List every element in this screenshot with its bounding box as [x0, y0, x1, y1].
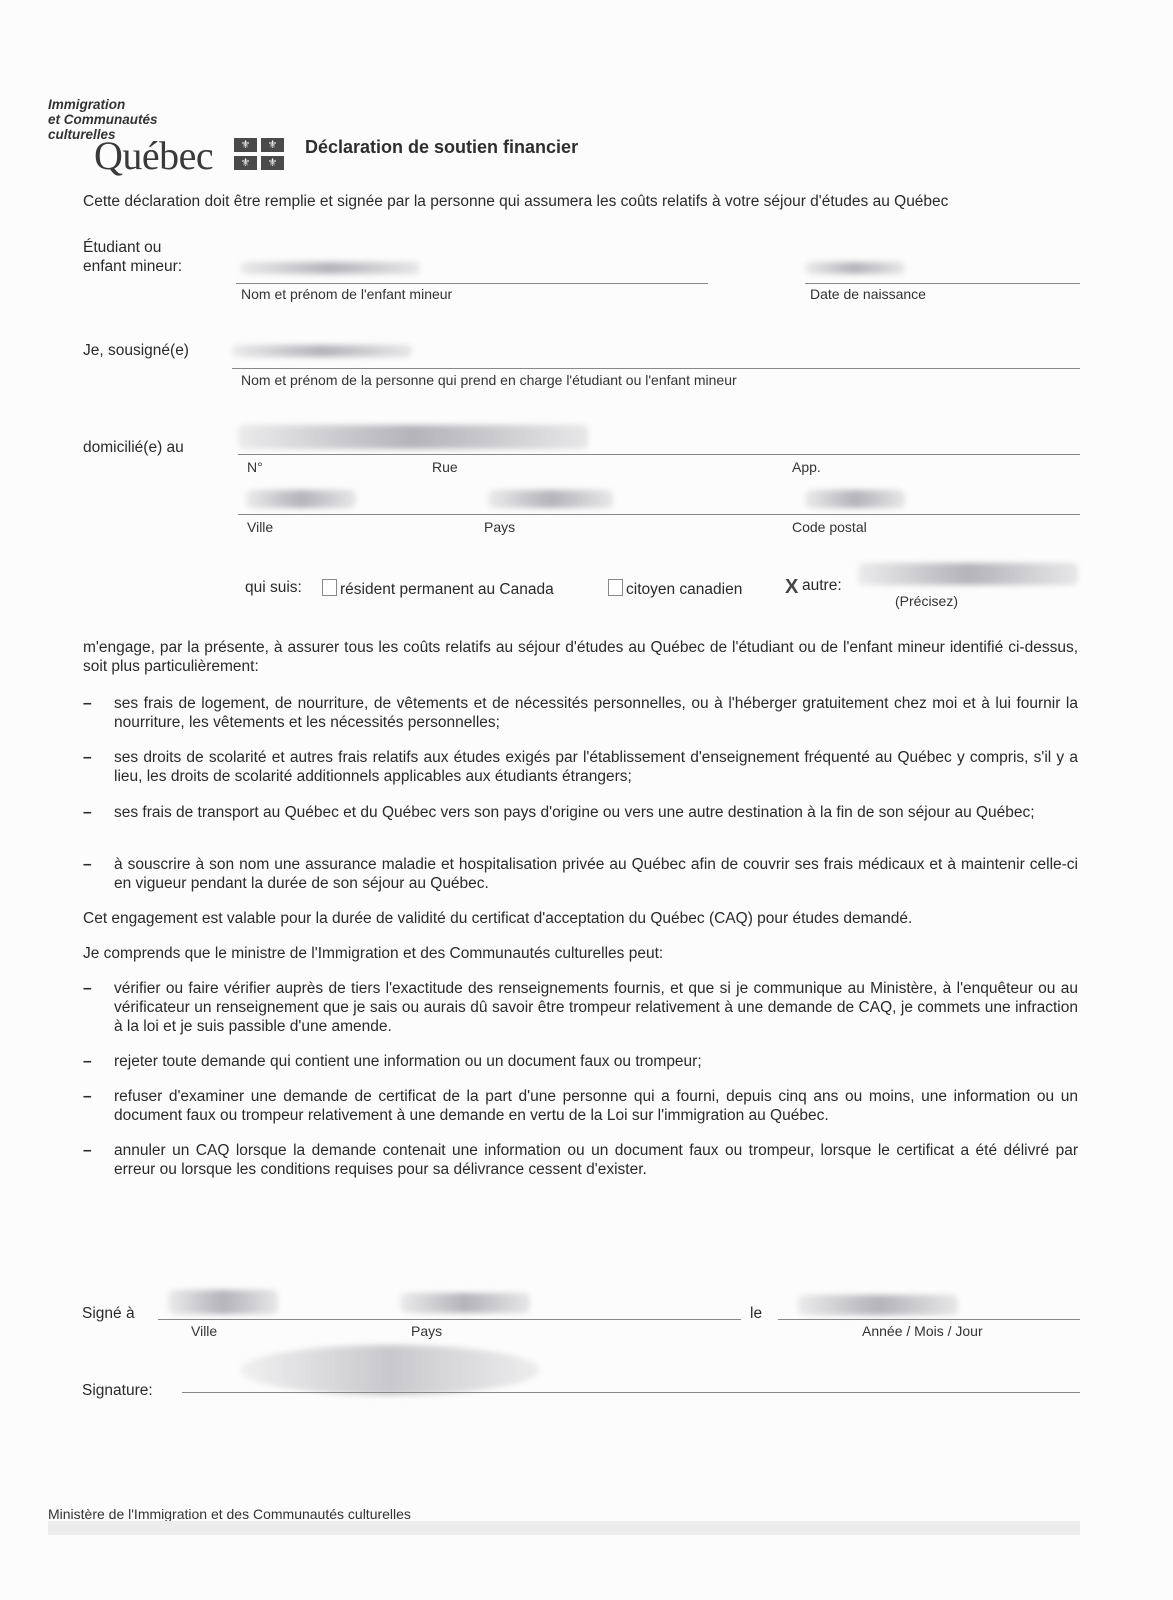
student-name-line [236, 283, 708, 284]
student-label: Étudiant ou enfant mineur: [83, 238, 182, 276]
date-label: le [750, 1305, 762, 1323]
intro-text: Cette déclaration doit être remplie et s… [83, 193, 948, 211]
dash-bullet: – [83, 803, 92, 822]
fleur-de-lis-icon: ⚜ [261, 156, 284, 170]
address-country-caption: Pays [484, 519, 515, 535]
checkbox-other-checked[interactable]: X [785, 578, 799, 596]
dash-bullet: – [83, 694, 92, 713]
checkbox-permanent-resident[interactable] [322, 579, 337, 596]
signed-date-field[interactable] [798, 1295, 958, 1315]
status-option-other[interactable]: Xautre: [785, 577, 842, 596]
address-street-field[interactable] [238, 425, 588, 449]
minister-item-text: refuser d'examiner une demande de certif… [114, 1087, 1078, 1125]
student-label-line1: Étudiant ou [83, 238, 182, 257]
signed-date-line [778, 1319, 1080, 1320]
student-label-line2: enfant mineur: [83, 257, 182, 276]
dash-bullet: – [83, 1141, 92, 1160]
dash-bullet: – [83, 1052, 92, 1071]
minister-item: – vérifier ou faire vérifier auprès de t… [83, 979, 1078, 1036]
address-street-caption: Rue [432, 459, 458, 475]
minister-item: – annuler un CAQ lorsque la demande cont… [83, 1141, 1078, 1179]
status-option-permanent-resident[interactable]: résident permanent au Canada [322, 579, 554, 599]
engagement-item: – ses frais de logement, de nourriture, … [83, 694, 1078, 732]
dash-bullet: – [83, 979, 92, 998]
sponsor-label: Je, sousigné(e) [83, 342, 189, 360]
minister-intro: Je comprends que le ministre de l'Immigr… [83, 944, 1078, 963]
sponsor-name-caption: Nom et prénom de la personne qui prend e… [241, 372, 737, 388]
signed-at-line [158, 1319, 741, 1320]
signed-at-label: Signé à [82, 1305, 135, 1323]
signature-field[interactable] [240, 1345, 540, 1395]
address-postal-field[interactable] [805, 490, 905, 508]
address-apt-caption: App. [792, 459, 821, 475]
sponsor-name-field[interactable] [232, 345, 412, 357]
sponsor-name-line [232, 368, 1080, 369]
dash-bullet: – [83, 748, 92, 767]
other-status-field[interactable] [858, 563, 1078, 585]
signed-country-caption: Pays [411, 1323, 442, 1339]
student-name-field[interactable] [240, 262, 420, 274]
signed-city-caption: Ville [191, 1323, 217, 1339]
engagement-item-text: à souscrire à son nom une assurance mala… [114, 855, 1078, 893]
fleur-de-lis-icon: ⚜ [234, 138, 257, 152]
engagement-item-text: ses frais de logement, de nourriture, de… [114, 694, 1078, 732]
date-of-birth-caption: Date de naissance [810, 286, 926, 302]
dash-bullet: – [83, 1087, 92, 1106]
minister-item-text: annuler un CAQ lorsque la demande conten… [114, 1141, 1078, 1179]
ministry-line-1: Immigration [48, 97, 158, 112]
other-label: autre: [802, 577, 842, 594]
quebec-flag-icon: ⚜ ⚜ ⚜ ⚜ [234, 138, 284, 170]
minister-item-text: vérifier ou faire vérifier auprès de tie… [114, 979, 1078, 1036]
ministry-line-2: et Communautés [48, 112, 158, 127]
quebec-wordmark: Québec [94, 136, 213, 176]
engagement-item: – ses frais de transport au Québec et du… [83, 803, 1078, 822]
status-option-citizen[interactable]: citoyen canadien [608, 579, 742, 599]
signed-city-field[interactable] [168, 1290, 278, 1314]
engagement-item: – ses droits de scolarité et autres frai… [83, 748, 1078, 786]
footer-band [48, 1521, 1080, 1535]
minister-item: – refuser d'examiner une demande de cert… [83, 1087, 1078, 1125]
minister-item: – rejeter toute demande qui contient une… [83, 1052, 1078, 1071]
address-city-field[interactable] [246, 490, 356, 508]
citizen-label: citoyen canadien [626, 581, 742, 598]
signed-country-field[interactable] [400, 1293, 530, 1313]
fleur-de-lis-icon: ⚜ [234, 156, 257, 170]
dash-bullet: – [83, 855, 92, 874]
signed-date-caption: Année / Mois / Jour [862, 1323, 983, 1339]
specify-caption: (Précisez) [895, 593, 958, 609]
status-label: qui suis: [245, 579, 302, 597]
address-city-line [238, 514, 1080, 515]
address-country-field[interactable] [488, 490, 613, 508]
address-label: domicilié(e) au [83, 439, 184, 457]
signature-line [182, 1392, 1080, 1393]
date-of-birth-field[interactable] [805, 262, 905, 274]
fleur-de-lis-icon: ⚜ [261, 138, 284, 152]
address-postal-caption: Code postal [792, 519, 867, 535]
validity-text: Cet engagement est valable pour la durée… [83, 909, 1078, 928]
checkbox-citizen[interactable] [608, 579, 623, 596]
student-name-caption: Nom et prénom de l'enfant mineur [241, 286, 452, 302]
address-city-caption: Ville [247, 519, 273, 535]
document-title: Déclaration de soutien financier [305, 137, 578, 158]
address-number-caption: N° [247, 459, 263, 475]
engagement-item-text: ses droits de scolarité et autres frais … [114, 748, 1078, 786]
date-of-birth-line [805, 283, 1080, 284]
minister-item-text: rejeter toute demande qui contient une i… [114, 1052, 1078, 1071]
footer-ministry: Ministère de l'Immigration et des Commun… [48, 1506, 411, 1522]
engagement-intro: m'engage, par la présente, à assurer tou… [83, 638, 1078, 676]
address-street-line [238, 454, 1080, 455]
signature-label: Signature: [82, 1382, 153, 1400]
engagement-item: – à souscrire à son nom une assurance ma… [83, 855, 1078, 893]
permanent-resident-label: résident permanent au Canada [340, 581, 554, 598]
engagement-item-text: ses frais de transport au Québec et du Q… [114, 803, 1078, 822]
